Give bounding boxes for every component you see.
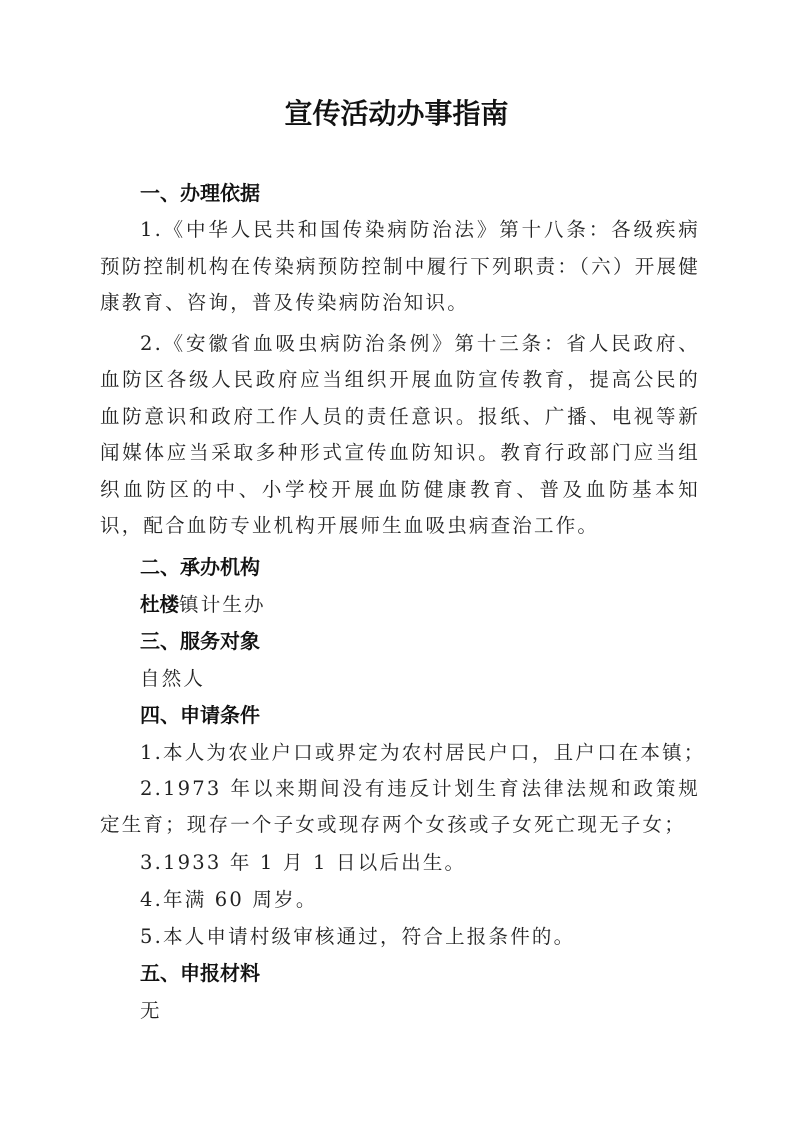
- document-content: 一、办理依据 1.《中华人民共和国传染病防治法》第十八条：各级疾病预防控制机构在…: [140, 175, 700, 1029]
- condition-item-5: 5.本人申请村级审核通过，符合上报条件的。: [140, 918, 700, 955]
- condition-item-2: 2.1973 年以来期间没有违反计划生育法律法规和政策规定生育；现存一个子女或现…: [100, 771, 700, 844]
- organization-name-bold: 杜楼: [140, 593, 179, 616]
- organization-name: 杜楼镇计生办: [140, 586, 700, 623]
- condition-item-2-text: 2.1973 年以来期间没有违反计划生育法律法规和政策规定生育；现存一个子女或现…: [100, 777, 700, 837]
- condition-item-3: 3.1933 年 1 月 1 日以后出生。: [140, 844, 700, 881]
- basis-paragraph-1-text: 1.《中华人民共和国传染病防治法》第十八条：各级疾病预防控制机构在传染病预防控制…: [100, 218, 700, 314]
- section-heading-organization: 二、承办机构: [140, 549, 700, 586]
- condition-item-4: 4.年满 60 周岁。: [140, 881, 700, 918]
- basis-paragraph-2-text: 2.《安徽省血吸虫病防治条例》第十三条：省人民政府、血防区各级人民政府应当组织开…: [100, 332, 700, 538]
- basis-paragraph-1: 1.《中华人民共和国传染病防治法》第十八条：各级疾病预防控制机构在传染病预防控制…: [100, 212, 700, 322]
- document-page: 宣传活动办事指南 一、办理依据 1.《中华人民共和国传染病防治法》第十八条：各级…: [0, 0, 793, 1122]
- section-heading-service-target: 三、服务对象: [140, 623, 700, 660]
- organization-name-rest: 镇计生办: [179, 593, 266, 616]
- section-heading-basis: 一、办理依据: [140, 175, 700, 212]
- service-target-text: 自然人: [140, 660, 700, 697]
- section-heading-conditions: 四、申请条件: [140, 697, 700, 734]
- materials-text: 无: [140, 992, 700, 1029]
- condition-item-1: 1.本人为农业户口或界定为农村居民户口，且户口在本镇；: [140, 734, 700, 771]
- page-title: 宣传活动办事指南: [0, 92, 793, 132]
- section-heading-materials: 五、申报材料: [140, 955, 700, 992]
- basis-paragraph-2: 2.《安徽省血吸虫病防治条例》第十三条：省人民政府、血防区各级人民政府应当组织开…: [100, 326, 700, 545]
